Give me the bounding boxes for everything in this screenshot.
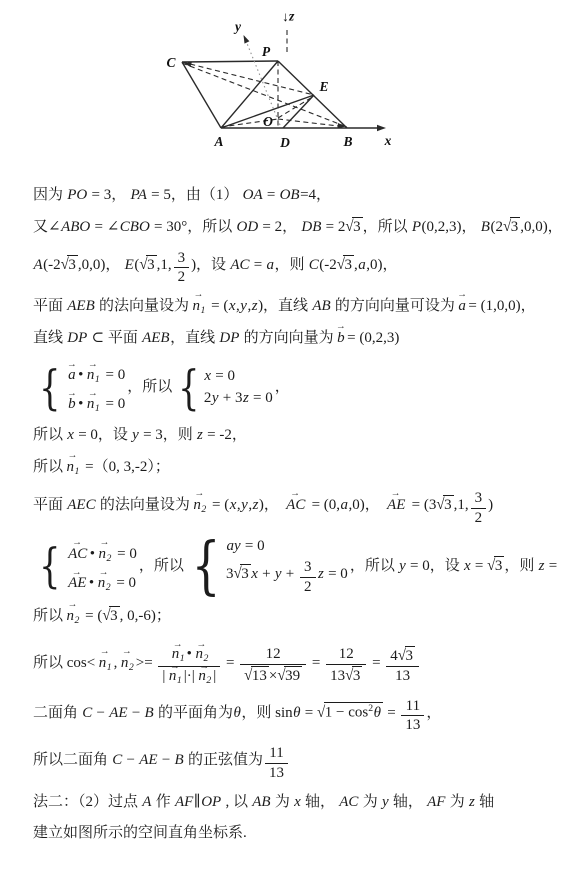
text-line-12: 所以 cos<→n1,→n2>= →n1•→n2|→n1|·|→n2| = 12…: [33, 635, 541, 687]
text-line-15: 法二：（2）过点 A 作 AF∥OP , 以 AB 为 x 轴， AC 为 y …: [33, 789, 541, 814]
text-line-11: 所以→n2 = (√3, 0,-6)；: [33, 603, 541, 628]
geometry-figure: CPEOADBxyz↑: [0, 0, 561, 166]
document-page: CPEOADBxyz↑ 因为 PO = 3， PA = 5，由（1） OA = …: [0, 0, 561, 873]
figure-label-x: x: [384, 133, 392, 148]
figure-label-A: A: [213, 134, 223, 149]
figure-label-O: O: [263, 114, 273, 129]
text-line-14: 所以二面角 C − AE − B 的正弦值为1113: [33, 741, 541, 782]
text-line-2: 又∠ABO = ∠CBO = 30°，所以 OD = 2， DB = 2√3，所…: [33, 214, 541, 239]
figure-label-E: E: [318, 79, 328, 94]
text-line-9: 平面 AEC 的法向量设为→n2 = (x,y,z)， →AC = (0,a,0…: [33, 486, 541, 527]
text-line-7: 所以 x = 0，设 y = 3，则 z = -2，: [33, 422, 541, 447]
figure-label-y: y: [233, 19, 242, 34]
figure-label-zz: z↑: [282, 11, 295, 26]
text-line-16: 建立如图所示的空间直角坐标系.: [33, 820, 541, 845]
solution-text: 因为 PO = 3， PA = 5，由（1） OA = OB=4，又∠ABO =…: [0, 166, 561, 845]
figure-canvas: CPEOADBxyz↑: [0, 0, 561, 166]
text-line-3: A(-2√3,0,0)， E(√3,1,32)，设 AC = a，则 C(-2√…: [33, 246, 541, 287]
text-line-4: 平面 AEB 的法向量设为→n1 = (x,y,z)，直线 AB 的方向向量可设…: [33, 293, 541, 318]
figure-label-B: B: [342, 134, 352, 149]
text-line-8: 所以→n1 =（0, 3,-2）；: [33, 454, 541, 479]
text-line-10: {→AC•→n2 = 0→AE•→n2 = 0，所以{ay = 03√3x + …: [33, 534, 541, 596]
figure-label-P: P: [262, 44, 271, 59]
text-line-13: 二面角 C − AE − B 的平面角为θ，则 sinθ = √1 − cos2…: [33, 694, 541, 735]
figure-label-C: C: [166, 55, 176, 70]
text-line-1: 因为 PO = 3， PA = 5，由（1） OA = OB=4，: [33, 182, 541, 207]
text-line-6: {→a•→n1 = 0→b•→n1 = 0，所以{x = 02y + 3z = …: [33, 357, 541, 415]
figure-label-D: D: [279, 135, 290, 150]
text-line-5: 直线 DP ⊂ 平面 AEB，直线 DP 的方向向量为→b= (0,2,3): [33, 325, 541, 350]
